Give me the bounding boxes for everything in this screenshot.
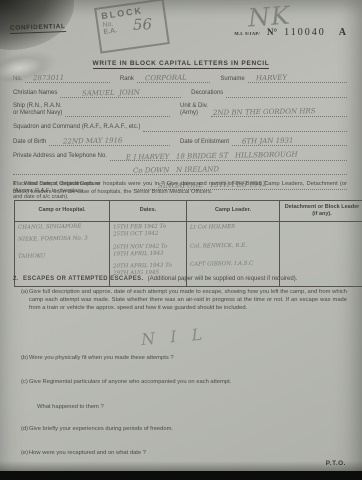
section-2-heading: 2.ESCAPES OR ATTEMPTED ESCAPES.(Addition…	[13, 276, 347, 282]
unit-div-label: Unit & Div. (Army)	[180, 103, 211, 117]
leader-entry: Lt Col HOLMES	[190, 223, 276, 232]
header-camp-leader: Camp Leader.	[187, 201, 280, 222]
decorations-field	[226, 89, 347, 98]
question-1: 1.What camps, detachments or hospitals w…	[13, 181, 347, 196]
question-1-text: What camps, detachments or hospitals wer…	[13, 181, 347, 195]
date-of-enlistment-value: 6TH JAN 1931	[242, 137, 294, 146]
date-of-birth-label: Date of Birth	[13, 139, 49, 147]
decorations-label: Decorations	[191, 90, 226, 98]
ship-label: Ship (R.N., R.A.N. or Merchant Navy)	[13, 103, 65, 117]
christian-names-field: SAMUEL JOHN	[60, 89, 181, 98]
handwritten-nil-answer: N I L	[140, 313, 347, 355]
question-c-followup: What happened to them ?	[13, 404, 347, 410]
camp-table-header-row: Camp or Hospital. Dates. Camp Leader. De…	[15, 201, 362, 222]
ship-field	[65, 108, 170, 117]
camp-table: Camp or Hospital. Dates. Camp Leader. De…	[14, 200, 362, 287]
section-2-title: ESCAPES OR ATTEMPTED ESCAPES.	[23, 276, 144, 282]
header-camp-or-hospital: Camp or Hospital.	[15, 201, 110, 222]
section-2-escapes: 2.ESCAPES OR ATTEMPTED ESCAPES.(Addition…	[13, 276, 347, 458]
header-dates: Dates.	[110, 201, 187, 222]
dates-entry: 26TH NOV 1942 To 19TH APRIL 1943	[113, 243, 183, 259]
squadron-field	[143, 123, 347, 132]
date-of-birth-value: 22ND MAY 1916	[63, 137, 123, 146]
question-b-letter: (b)	[13, 355, 29, 363]
question-b: (b) Were you physically fit when you mad…	[13, 355, 347, 363]
block-number-stamp: BLOCK No. E.A. 56	[94, 0, 170, 54]
row-no-rank-surname: No. 2873011 Rank CORPORAL Surname HARVEY	[13, 74, 347, 83]
photo-bottom-edge	[0, 471, 362, 480]
camp-entry: NIEKE, FORMOSA No. 3	[18, 235, 106, 244]
header-block-leader: Detachment or Block Leader (if any).	[280, 201, 362, 222]
address-value-line2: Co DOWN N IRELAND	[133, 166, 219, 176]
unit-div-field: 2ND BN THE GORDON HRS	[211, 108, 347, 117]
address-field-line2: Co DOWN N IRELAND	[13, 166, 347, 175]
serial-number: 110040	[284, 27, 326, 38]
question-c-text: Give Regimental particulars of anyone wh…	[29, 379, 347, 387]
serial-line: M.I. 9/JAP/ N° 110040 A	[234, 27, 346, 38]
camp-entry: TAIHOKU	[18, 252, 106, 261]
surname-label: Surname	[220, 76, 247, 84]
christian-names-label: Christian Names	[13, 90, 60, 98]
question-e: (e) How were you recaptured and on what …	[13, 450, 347, 458]
address-value-line1: E J HARVEY 18 BRIDGE ST HILLSBOROUGH	[126, 150, 298, 161]
question-e-letter: (e)	[13, 450, 29, 458]
row-private-address-continued: Co DOWN N IRELAND	[13, 166, 347, 175]
christian-names-value: SAMUEL JOHN	[82, 88, 140, 97]
rank-field: CORPORAL	[137, 74, 211, 83]
date-of-birth-field: 22ND MAY 1916	[49, 137, 170, 146]
question-d-letter: (d)	[13, 426, 29, 434]
question-d-text: Give briefly your experiences during per…	[29, 426, 347, 434]
stamp-number-handwritten: 56	[133, 15, 153, 34]
leader-entry: CAPT GIBSON, I.A.S.C	[190, 260, 276, 269]
question-a-letter: (a)	[13, 289, 29, 312]
row-private-address: Private Address and Telephone No. E J HA…	[13, 152, 347, 161]
date-of-enlistment-label: Date of Enlistment	[180, 139, 232, 147]
serial-no-label: N°	[267, 27, 277, 37]
row-dob-enlistment: Date of Birth 22ND MAY 1916 Date of Enli…	[13, 137, 347, 146]
photo-corner-shadow	[0, 0, 74, 50]
bottom-shadow	[0, 461, 362, 471]
leader-entry: Col. RENWICK, R.E.	[190, 242, 276, 251]
address-field-line1: E J HARVEY 18 BRIDGE ST HILLSBOROUGH	[110, 152, 347, 161]
question-d: (d) Give briefly your experiences during…	[13, 426, 347, 434]
question-c: (c) Give Regimental particulars of anyon…	[13, 379, 347, 387]
block-leader-entry	[283, 223, 361, 224]
question-1-number: 1.	[13, 181, 24, 187]
question-a: (a) Give full description and approx. da…	[13, 289, 347, 312]
squadron-label: Squadron and Command (R.A.F., R.A.A.F., …	[13, 124, 143, 132]
row-squadron: Squadron and Command (R.A.F., R.A.A.F., …	[13, 123, 347, 132]
section-2-note: (Additional paper will be supplied on re…	[144, 276, 298, 282]
section-2-number: 2.	[13, 276, 23, 282]
date-of-enlistment-field: 6TH JAN 1931	[232, 137, 347, 146]
row-christian-decorations: Christian Names SAMUEL JOHN Decorations	[13, 89, 347, 98]
question-a-text: Give full description and approx. date o…	[29, 289, 347, 312]
question-b-text: Were you physically fit when you made th…	[29, 355, 347, 363]
question-c-letter: (c)	[13, 379, 29, 387]
rank-label: Rank	[120, 76, 137, 84]
scanned-document-photo: CONFIDENTIAL BLOCK No. E.A. 56 NK M.I. 9…	[0, 0, 362, 480]
rank-value: CORPORAL	[145, 74, 187, 83]
question-e-text: How were you recaptured and on what date…	[29, 450, 347, 458]
surname-field: HARVEY	[248, 74, 347, 83]
series-letter: A	[339, 27, 346, 38]
camp-entry: CHANGI, SINGAPORE	[18, 223, 106, 232]
dates-entry: 15TH FEB 1942 To 25TH OCT 1942	[113, 223, 183, 239]
row-ship-unit: Ship (R.N., R.A.N. or Merchant Navy) Uni…	[13, 103, 347, 117]
mi9-reference: M.I. 9/JAP/	[234, 31, 260, 36]
unit-div-value: 2ND BN THE GORDON HRS	[213, 107, 316, 117]
surname-value: HARVEY	[256, 74, 287, 83]
form-paper: CONFIDENTIAL BLOCK No. E.A. 56 NK M.I. 9…	[0, 0, 362, 480]
address-label: Private Address and Telephone No.	[13, 153, 110, 161]
